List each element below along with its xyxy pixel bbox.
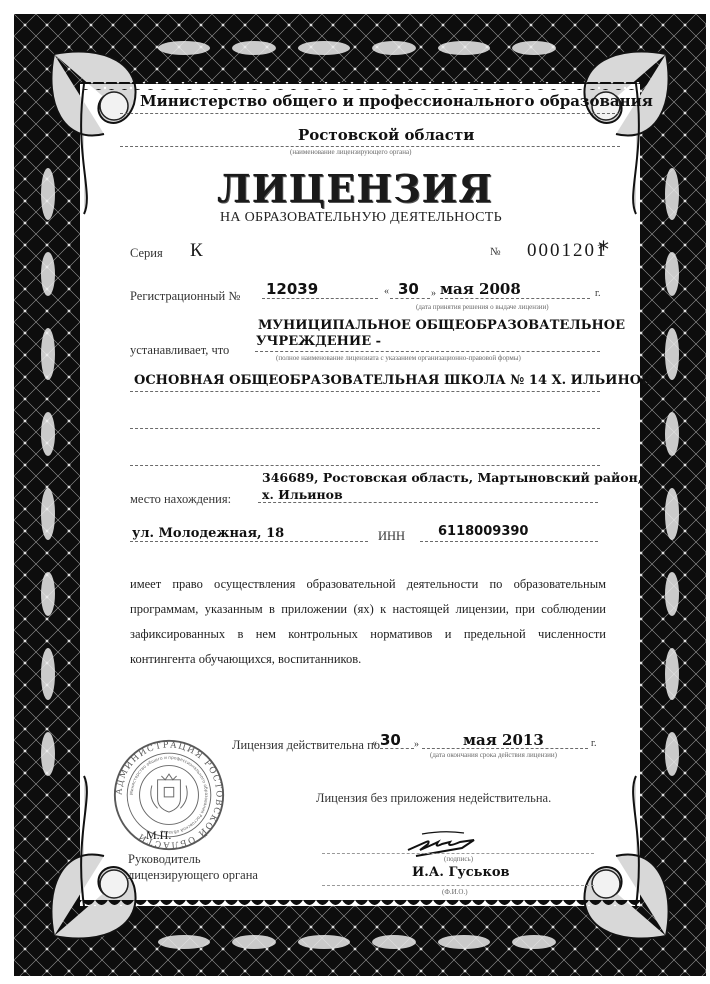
licensee-name-line1: МУНИЦИПАЛЬНОЕ ОБЩЕОБРАЗОВАТЕЛЬНОЕ [258, 318, 625, 333]
year-suffix: г. [595, 288, 600, 299]
registration-number: 12039 [266, 280, 318, 298]
licensee-underline-2 [130, 391, 600, 392]
blank-line-1 [130, 428, 600, 429]
head-title-line1: Руководитель [128, 852, 201, 867]
validity-label: Лицензия действительна по [232, 738, 380, 753]
series-value: К [190, 240, 203, 262]
registration-label: Регистрационный № [130, 289, 240, 304]
signature-underline [322, 853, 594, 854]
day-underline [390, 298, 430, 299]
establishes-label: устанавливает, что [130, 343, 229, 358]
seal-inner-text: Министерство общего и профессионального … [129, 756, 209, 835]
stamp-place-mark: М.П. [146, 828, 171, 843]
inn-label: ИНН [378, 529, 405, 544]
license-number: 0001201 [527, 240, 608, 262]
coat-of-arms-icon [151, 774, 187, 812]
licensee-hint: (полное наименование лицензиата с указан… [276, 354, 521, 362]
number-label: № [490, 246, 501, 258]
licensee-underline [255, 351, 600, 352]
issuer-name-line2: Ростовской области [298, 126, 474, 144]
asterisk-mark: * [598, 238, 609, 263]
issuer-underline-1 [120, 113, 620, 114]
address-underline [258, 502, 598, 503]
validity-day: 30 [380, 731, 401, 749]
blank-line-2 [130, 465, 600, 466]
document-subtitle: НА ОБРАЗОВАТЕЛЬНУЮ ДЕЯТЕЛЬНОСТЬ [0, 210, 710, 226]
address-line2: х. Ильинов [262, 487, 343, 502]
validity-day-underline [380, 748, 414, 749]
issuer-hint: (наименование лицензирующего органа) [290, 148, 411, 156]
rights-paragraph: имеет право осуществления образовательно… [130, 572, 606, 672]
series-label: Серия [130, 246, 163, 261]
inn-underline [420, 541, 598, 542]
registration-date-hint: (дата принятия решения о выдаче лицензии… [416, 303, 549, 311]
signer-name: И.А. Гуськов [412, 865, 510, 880]
validity-year-suffix: г. [591, 738, 596, 749]
head-title-line2: лицензирующего органа [128, 868, 258, 883]
address-line1: 346689, Ростовская область, Мартыновский… [262, 470, 642, 485]
document-title: ЛИЦЕНЗИЯ [0, 166, 710, 211]
close-quote: » [431, 288, 436, 299]
name-underline [322, 885, 594, 886]
licensee-name-line2: УЧРЕЖДЕНИЕ - [256, 334, 381, 349]
registration-day: 30 [398, 280, 419, 298]
validity-open-quote: « [372, 738, 377, 749]
open-quote: « [384, 286, 389, 297]
month-underline [440, 298, 590, 299]
svg-text:Министерство общего и професси: Министерство общего и профессионального … [129, 756, 209, 835]
issuer-name-line1: Министерство общего и профессионального … [140, 92, 653, 110]
validity-month-underline [422, 748, 588, 749]
inn-value: 6118009390 [438, 524, 528, 539]
validity-close-quote: » [414, 739, 419, 750]
registration-month-year: мая 2008 [440, 280, 521, 298]
signature-hint: (подпись) [444, 855, 473, 863]
location-label: место нахождения: [130, 492, 231, 507]
licensee-name-line3: ОСНОВНАЯ ОБЩЕОБРАЗОВАТЕЛЬНАЯ ШКОЛА № 14 … [134, 373, 652, 388]
appendix-note: Лицензия без приложения недействительна. [316, 791, 551, 806]
issuer-underline-2 [120, 146, 620, 147]
street-underline [130, 541, 368, 542]
registration-underline [262, 298, 378, 299]
validity-hint: (дата окончания срока действия лицензии) [430, 751, 557, 759]
street-address: ул. Молодежная, 18 [132, 526, 284, 541]
name-hint: (Ф.И.О.) [442, 888, 468, 896]
validity-month-year: мая 2013 [463, 731, 544, 749]
